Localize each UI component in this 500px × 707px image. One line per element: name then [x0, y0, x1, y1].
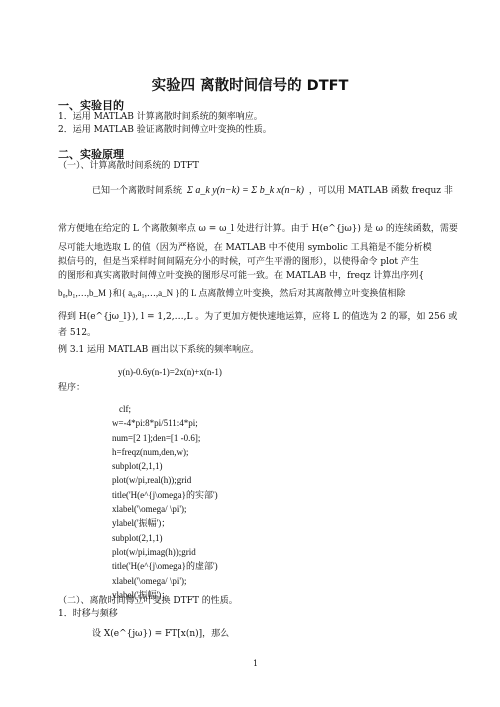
- objective-1: 1．运用 MATLAB 计算离散时间系统的频率响应。: [58, 111, 263, 124]
- page-number: 1: [253, 657, 258, 670]
- subsection-1: （一）、计算离散时间系统的 DTFT: [58, 160, 199, 173]
- code-line: clf;: [112, 402, 218, 416]
- objective-2: 2．运用 MATLAB 验证离散时间傅立叶变换的性质。: [58, 124, 272, 137]
- page-title: 实验四 离散时间信号的 DTFT: [0, 74, 500, 95]
- paragraph-line: 的图形和真实离散时间傅立叶变换的图形尽可能一致。在 MATLAB 中，freqz…: [58, 270, 424, 283]
- intro-tail: ，可以用 MATLAB 函数 frequz 非: [309, 186, 453, 196]
- code-line: subplot(2,1,1): [112, 531, 218, 545]
- paragraph-line: 常方便地在给定的 L 个离散频率点 ω = ω_l 处进行计算。由于 H(e^{…: [58, 223, 458, 236]
- code-line: plot(w/pi,real(h));grid: [112, 473, 218, 487]
- example-equation: y(n)-0.6y(n-1)=2x(n)+x(n-1): [118, 367, 222, 377]
- code-line: title('H(e^{j\omega}的实部'): [112, 488, 218, 502]
- program-label: 程序：: [58, 382, 85, 395]
- subsection-2: （二）、离散时间傅立叶变换 DTFT 的性质。: [58, 595, 238, 608]
- code-line: h=freqz(num,den,w);: [112, 445, 218, 459]
- code-line: xlabel('\omega/ \pi');: [112, 502, 218, 516]
- code-line: plot(w/pi,imag(h));grid: [112, 545, 218, 559]
- paragraph-line: 者 512。: [58, 327, 96, 340]
- code-line: title('H(e^{j\omega}的虚部'): [112, 559, 218, 573]
- example-label: 例 3.1 运用 MATLAB 画出以下系统的频率响应。: [58, 344, 259, 357]
- difference-equation: Σ a_k y(n−k) = Σ b_k x(n−k): [187, 185, 304, 196]
- paragraph-line: 得到 H(e^{jω_l}), l = 1,2,…,L 。为了更加方便快速地运算…: [58, 311, 457, 324]
- paragraph-line: 尽可能大地选取 L 的值（因为严格说，在 MATLAB 中不使用 symboli…: [58, 242, 432, 255]
- code-line: subplot(2,1,1): [112, 459, 218, 473]
- intro-text: 已知一个离散时间系统: [92, 186, 182, 196]
- property-1-heading: 1．时移与频移: [58, 608, 118, 621]
- intro-paragraph-first-line: 已知一个离散时间系统 Σ a_k y(n−k) = Σ b_k x(n−k) ，…: [92, 184, 453, 198]
- paragraph-line: b₀,b₁,…,b_M }和{ a₀,a₁,…,a_N }的 L 点离散傅立叶变…: [58, 287, 405, 300]
- code-line: num=[2 1];den=[1 -0.6];: [112, 431, 218, 445]
- code-line: xlabel('\omega/ \pi');: [112, 574, 218, 588]
- code-block: clf; w=-4*pi:8*pi/511:4*pi; num=[2 1];de…: [112, 402, 218, 602]
- code-line: ylabel('振幅')；: [112, 516, 218, 530]
- code-line: w=-4*pi:8*pi/511:4*pi;: [112, 416, 218, 430]
- paragraph-line: 拟信号的，但是当采样时间间隔充分小的时候，可产生平滑的图形），以使得命令 plo…: [58, 256, 419, 269]
- property-1-equation: 设 X(e^{jω}) = FT[x(n)]，那么: [92, 628, 229, 641]
